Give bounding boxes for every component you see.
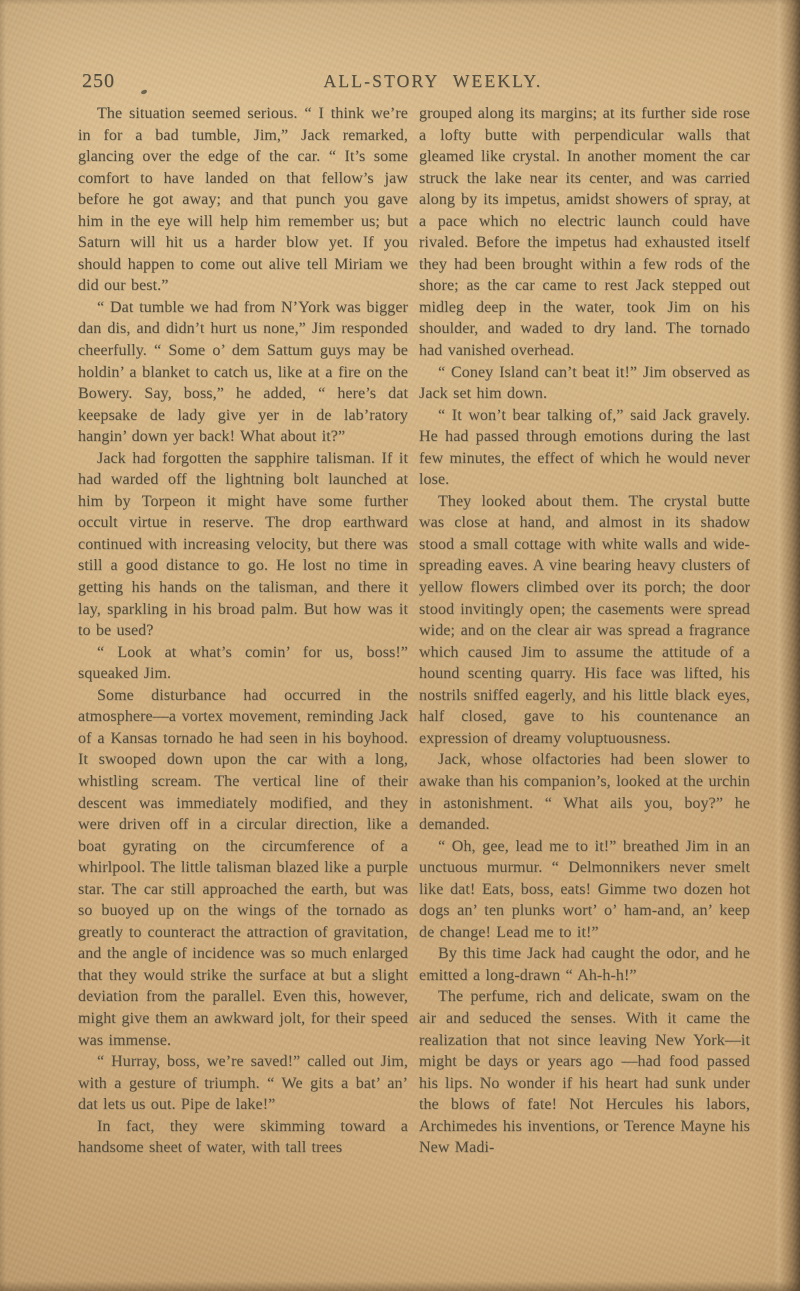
paragraph: “ Hurray, boss, we’re saved!” called out… [78,1051,408,1116]
paragraph: By this time Jack had caught the odor, a… [419,943,750,986]
paragraph: “ It won’t bear talking of,” said Jack g… [419,405,750,491]
paragraph: “ Coney Island can’t beat it!” Jim obser… [419,362,750,405]
page-edge-shadow-right [774,0,800,1291]
paragraph: Jack had forgotten the sapphire talisman… [78,448,408,642]
paragraph: They looked about them. The crystal butt… [419,491,750,750]
page-edge-shadow-left [0,0,6,1291]
column-right: grouped along its margins; at its furthe… [419,103,750,1159]
paragraph: The perfume, rich and delicate, swam on … [419,986,750,1158]
magazine-page: 250 ALL-STORY WEEKLY. The situation seem… [0,0,800,1291]
paragraph-continuation: grouped along its margins; at its furthe… [419,103,750,362]
paragraph: Jack, whose olfactories had been slower … [419,749,750,835]
running-title: ALL-STORY WEEKLY. [78,71,750,92]
page-edge-shadow-bottom [0,1281,800,1291]
paragraph: The situation seemed serious. “ I think … [78,103,408,297]
page-edge-shadow-top [0,0,800,5]
paragraph: “ Dat tumble we had from N’York was bigg… [78,297,408,448]
paragraph: In fact, they were skimming toward a han… [78,1116,408,1159]
paragraph: “ Look at what’s comin’ for us, boss!” s… [78,642,408,685]
paragraph: Some disturbance had occurred in the atm… [78,685,408,1051]
column-left: The situation seemed serious. “ I think … [78,103,408,1159]
ink-speck [141,89,148,94]
paragraph: “ Oh, gee, lead me to it!” breathed Jim … [419,836,750,944]
